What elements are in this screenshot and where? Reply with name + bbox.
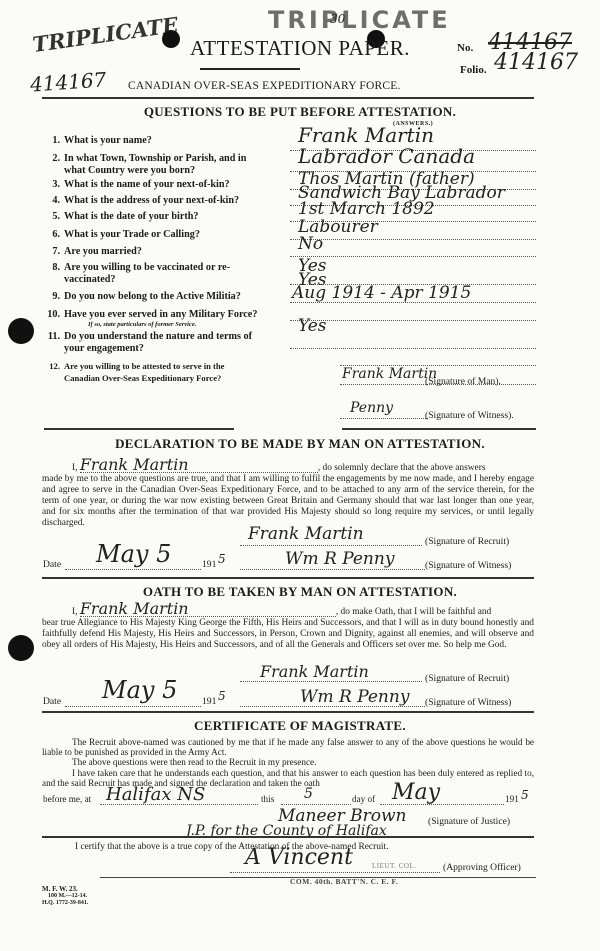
question-9: 9.Do you now belong to the Active Militi… [44,291,241,303]
declaration-year-prefix: 191 [202,559,216,570]
question-number: 11. [44,331,60,343]
hq-reference: H.Q. 1772-39-841. [42,900,88,907]
oath-prefix: I, [72,607,77,617]
question-text: What is your Trade or Calling? [64,229,200,240]
section-divider [342,428,536,430]
rank-stamp: LIEUT. COL. [372,862,416,870]
question-text: Canadian Over-Seas Expeditionary Force? [44,373,221,383]
folio-value: 414167 [494,50,578,75]
signature-witness-value: Penny [350,400,393,416]
before-me-label: before me, at [43,794,91,804]
question-number: 9. [44,291,60,303]
answer-value: Aug 1914 - Apr 1915 [292,283,471,303]
question-11: 11.Do you understand the nature and term… [44,331,252,355]
questions-title: QUESTIONS TO BE PUT BEFORE ATTESTATION. [0,104,600,120]
declaration-first-line: , do solemnly declare that the above ans… [318,463,486,473]
answer-value: 1st March 1892 [298,199,435,219]
oath-signature-witness-value: Wm R Penny [300,687,409,707]
oath-date-label: Date [43,696,61,707]
question-7: 7.Are you married? [44,246,142,258]
certificate-year-suffix: 5 [521,788,529,802]
declaration-year-suffix: 5 [218,552,226,566]
triplicate-stamp-top: TRIPLICATE [268,6,451,34]
section-divider [42,577,534,579]
header-divider [42,97,534,99]
question-text: What is the date of your birth? [64,211,199,222]
question-number: 12. [44,360,60,372]
oath-date-value: May 5 [102,676,177,704]
certificate-para-1: The Recruit above-named was cautioned by… [42,737,534,757]
date-line [65,569,201,570]
stamp-overwrite-number: 30 [330,12,345,26]
signature-man-label: (Signature of Man). [425,376,501,387]
justice-signature-label: (Signature of Justice) [428,816,510,827]
question-number: 6. [44,229,60,241]
attestation-paper: TRIPLICATE TRIPLICATE 30 ATTESTATION PAP… [0,0,600,951]
question-12: 12.Are you willing to be attested to ser… [44,360,224,384]
question-5: 5.What is the date of your birth? [44,211,199,223]
unit-stamp: COM. 40th. BATT'N. C. E. F. [290,877,398,886]
declaration-signature-witness-label: (Signature of Witness) [425,560,511,571]
oath-body: bear true Allegiance to His Majesty King… [42,618,534,651]
certificate-text: The Recruit above-named was cautioned by… [42,737,534,788]
certificate-month-value: May [392,780,440,805]
margin-regimental-number: 414167 [29,67,107,96]
question-8: 8.Are you willing to be vaccinated or re… [44,262,230,286]
form-code: M. F. W. 23. [42,886,88,893]
title-underline [200,68,300,70]
section-divider [42,836,534,838]
folio-label: Folio. [460,64,487,76]
question-4: 4.What is the address of your next-of-ki… [44,195,239,207]
print-run: 100 M.—12-14. [42,893,88,900]
date-line [65,706,201,707]
question-text: What is your name? [64,135,152,146]
officer-label: (Approving Officer) [443,862,521,873]
question-number: 8. [44,262,60,274]
question-number: 5. [44,211,60,223]
oath-name: Frank Martin [80,602,336,617]
declaration-name: Frank Martin [80,458,318,473]
declaration-signature-witness-value: Wm R Penny [285,549,394,569]
declaration-text: I, Frank Martin, do solemnly declare tha… [42,458,534,530]
officer-signature-line [230,872,440,873]
number-label: No. [457,42,473,54]
section-divider [42,711,534,713]
question-text: Do you now belong to the Active Militia? [64,291,241,302]
signature-line [240,545,422,546]
answer-line [290,348,536,349]
section-divider [44,428,234,430]
declaration-signature-recruit-value: Frank Martin [248,524,364,544]
punch-hole [8,318,34,344]
question-text: vaccinated? [44,274,116,285]
question-text: Have you ever served in any Military For… [64,309,257,320]
question-number: 10. [44,309,60,321]
officer-signature-value: A Vincent [245,845,353,870]
question-1: 1.What is your name? [44,135,152,147]
oath-first-line: , do make Oath, that I will be faithful … [336,607,491,617]
question-number: 2. [44,153,60,165]
declaration-title: DECLARATION TO BE MADE BY MAN ON ATTESTA… [0,436,600,452]
day-of-label: day of [352,794,375,804]
question-text: your engagement? [44,343,144,354]
question-number: 3. [44,179,60,191]
question-number: 1. [44,135,60,147]
certificate-year-prefix: 191 [505,794,519,804]
answer-line [290,239,536,240]
oath-text: I, Frank Martin, do make Oath, that I wi… [42,602,534,651]
certificate-day-value: 5 [304,786,313,802]
certificate-para-2: The above questions were then read to th… [42,757,534,767]
declaration-signature-recruit-label: (Signature of Recruit) [425,536,509,547]
question-text: Are you willing to be vaccinated or re- [64,262,230,273]
question-number: 7. [44,246,60,258]
question-number: 4. [44,195,60,207]
declaration-date-value: May 5 [96,540,171,568]
declaration-body: made by me to the above questions are tr… [42,474,534,529]
oath-signature-recruit-label: (Signature of Recruit) [425,673,509,684]
question-note: If so, state particulars of former Servi… [44,321,257,329]
question-text: What is the name of your next-of-kin? [64,179,230,190]
oath-year-suffix: 5 [218,689,226,703]
certificate-place-value: Halifax NS [106,784,205,805]
question-text: what Country were you born? [44,165,195,176]
signature-line [340,418,428,419]
answer-value: No [298,234,323,254]
this-label: this [261,794,274,804]
oath-title: OATH TO BE TAKEN BY MAN ON ATTESTATION. [0,584,600,600]
certificate-title: CERTIFICATE OF MAGISTRATE. [0,718,600,734]
punch-hole [8,635,34,661]
form-footer: M. F. W. 23. 100 M.—12-14. H.Q. 1772-39-… [42,886,88,907]
document-subtitle: CANADIAN OVER-SEAS EXPEDITIONARY FORCE. [128,80,401,92]
question-2: 2.In what Town, Township or Parish, and … [44,153,246,177]
question-10: 10.Have you ever served in any Military … [44,309,257,329]
signature-line [240,681,422,682]
oath-year-prefix: 191 [202,696,216,707]
question-text: In what Town, Township or Parish, and in [64,153,246,164]
question-6: 6.What is your Trade or Calling? [44,229,200,241]
question-text: Do you understand the nature and terms o… [64,331,252,342]
signature-witness-label: (Signature of Witness). [425,410,514,421]
question-text: Are you married? [64,246,142,257]
answer-value: Labrador Canada [298,144,475,168]
declaration-prefix: I, [72,463,77,473]
question-text: What is the address of your next-of-kin? [64,195,239,206]
answer-value: Yes [298,316,327,336]
oath-signature-recruit-value: Frank Martin [260,662,369,681]
oath-signature-witness-label: (Signature of Witness) [425,697,511,708]
question-3: 3.What is the name of your next-of-kin? [44,179,230,191]
signature-line [240,569,425,570]
day-line [281,804,351,805]
question-text: Are you willing to be attested to serve … [64,361,224,371]
signature-man-value: Frank Martin [342,366,437,382]
declaration-date-label: Date [43,559,61,570]
